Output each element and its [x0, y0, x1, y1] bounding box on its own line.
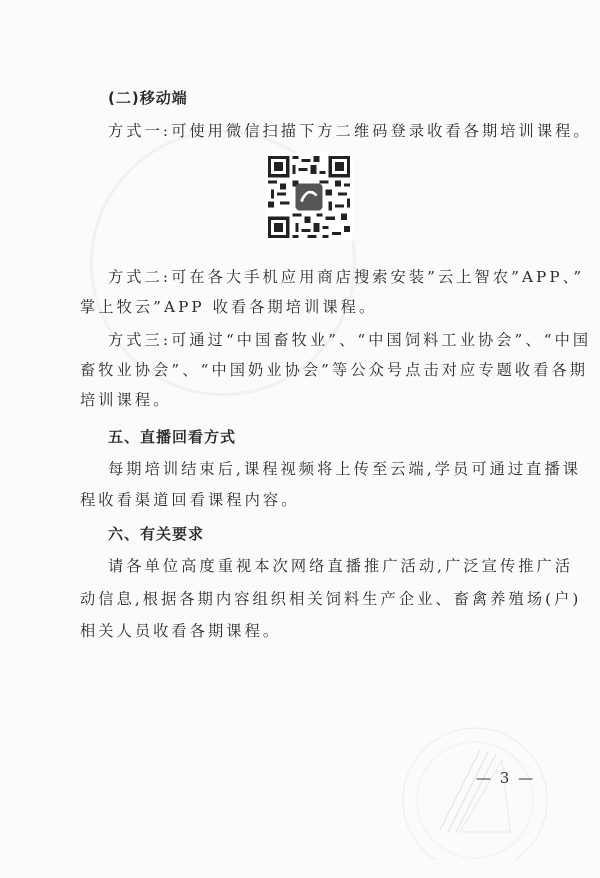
method2-line2: 掌上牧云”APP 收看各期培训课程。 — [80, 297, 520, 317]
replay-line2: 程收看渠道回看课程内容。 — [80, 490, 520, 510]
requirements-line1: 请各单位高度重视本次网络直播推广活动,广泛宣传推广活 — [108, 556, 548, 576]
requirements-line3: 相关人员收看各期课程。 — [80, 621, 520, 641]
heading-replay: 五、直播回看方式 — [108, 427, 548, 447]
method3-line1: 方式三:可通过“中国畜牧业”、“中国饲料工业协会”、“中国 — [108, 330, 548, 350]
heading-mobile: (二)移动端 — [108, 88, 548, 108]
page-number: — 3 — — [476, 769, 535, 787]
replay-line1: 每期培训结束后,课程视频将上传至云端,学员可通过直播课 — [108, 459, 548, 479]
qr-code-icon[interactable] — [265, 153, 353, 241]
method2-line1: 方式二:可在各大手机应用商店搜索安装”云上智农”APP、” — [108, 267, 548, 287]
method3-line3: 培训课程。 — [80, 390, 520, 410]
method3-line2: 畜牧业协会”、“中国奶业协会”等公众号点击对应专题收看各期 — [80, 360, 520, 380]
heading-requirements: 六、有关要求 — [108, 524, 548, 544]
document-page: (二)移动端 方式一:可使用微信扫描下方二维码登录收看各期培训课程。 方式二:可… — [0, 0, 600, 878]
method1-text: 方式一:可使用微信扫描下方二维码登录收看各期培训课程。 — [108, 121, 548, 141]
requirements-line2: 动信息,根据各期内容组织相关饲料生产企业、畜禽养殖场(户) — [80, 589, 520, 609]
watermark-logo-icon — [400, 720, 560, 860]
